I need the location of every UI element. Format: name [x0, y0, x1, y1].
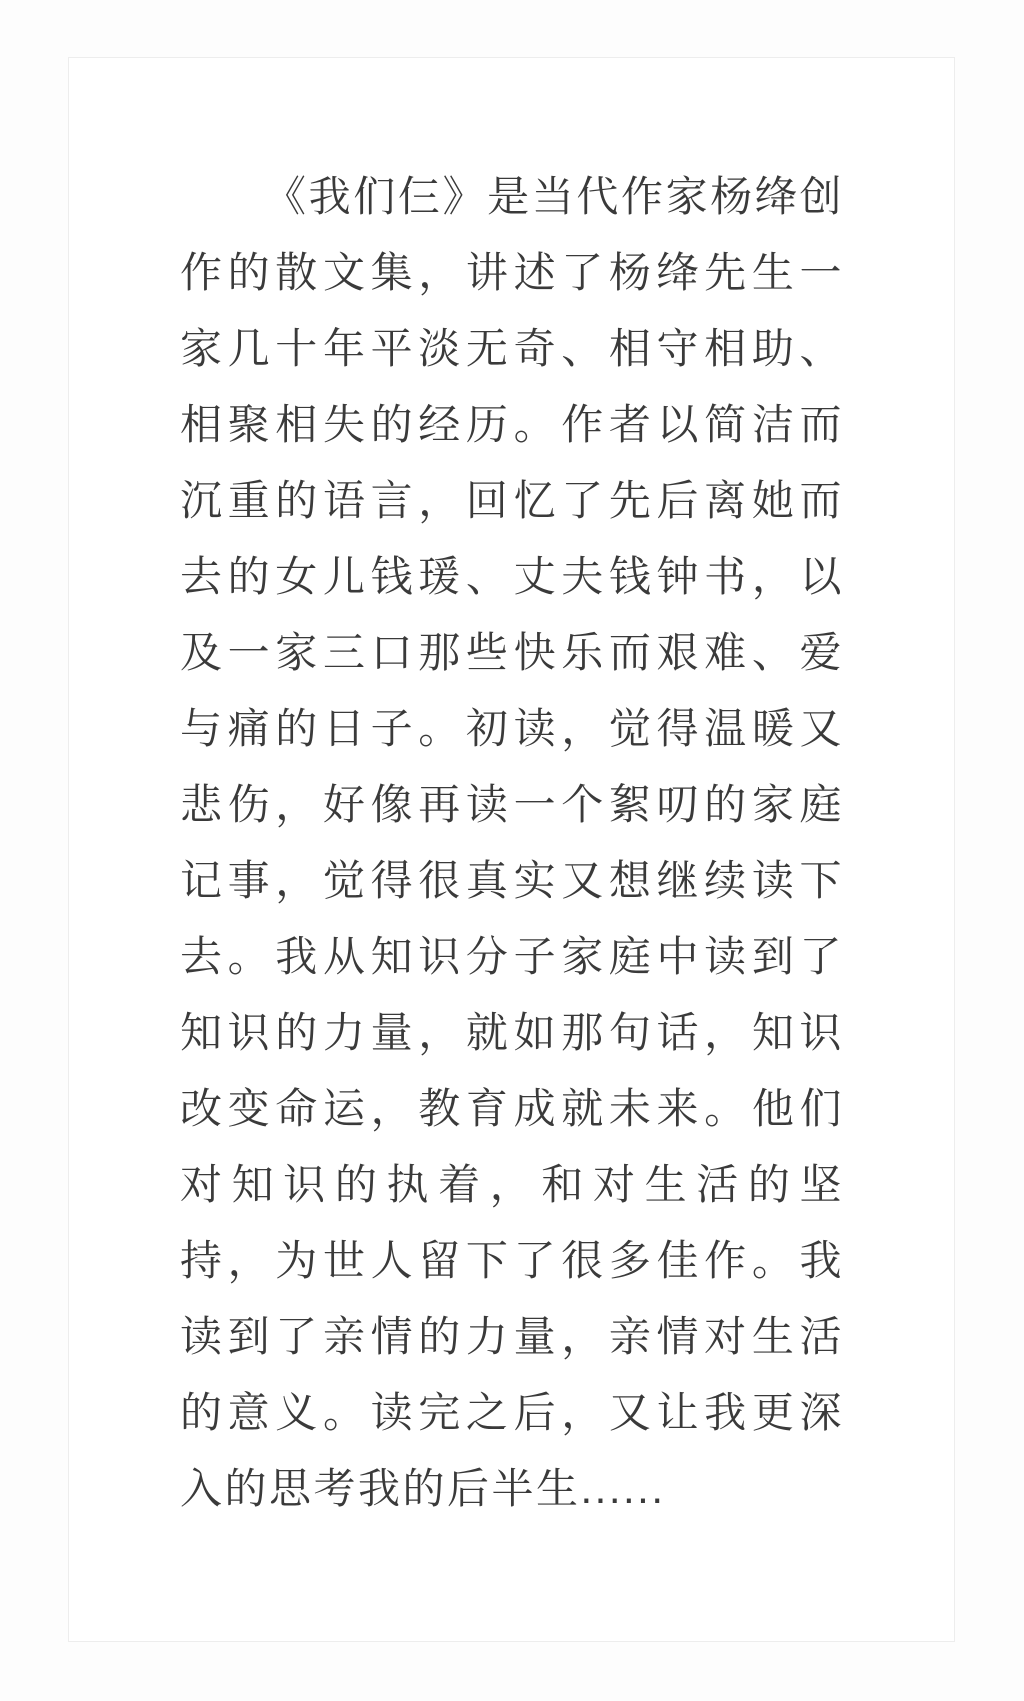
text-card: 《我们仨》是当代作家杨绛创作的散文集，讲述了杨绛先生一家几十年平淡无奇、相守相助…: [68, 57, 955, 1642]
page-background: 《我们仨》是当代作家杨绛创作的散文集，讲述了杨绛先生一家几十年平淡无奇、相守相助…: [0, 0, 1024, 1701]
card-content: 《我们仨》是当代作家杨绛创作的散文集，讲述了杨绛先生一家几十年平淡无奇、相守相助…: [69, 58, 954, 1527]
book-review-paragraph: 《我们仨》是当代作家杨绛创作的散文集，讲述了杨绛先生一家几十年平淡无奇、相守相助…: [180, 159, 844, 1527]
